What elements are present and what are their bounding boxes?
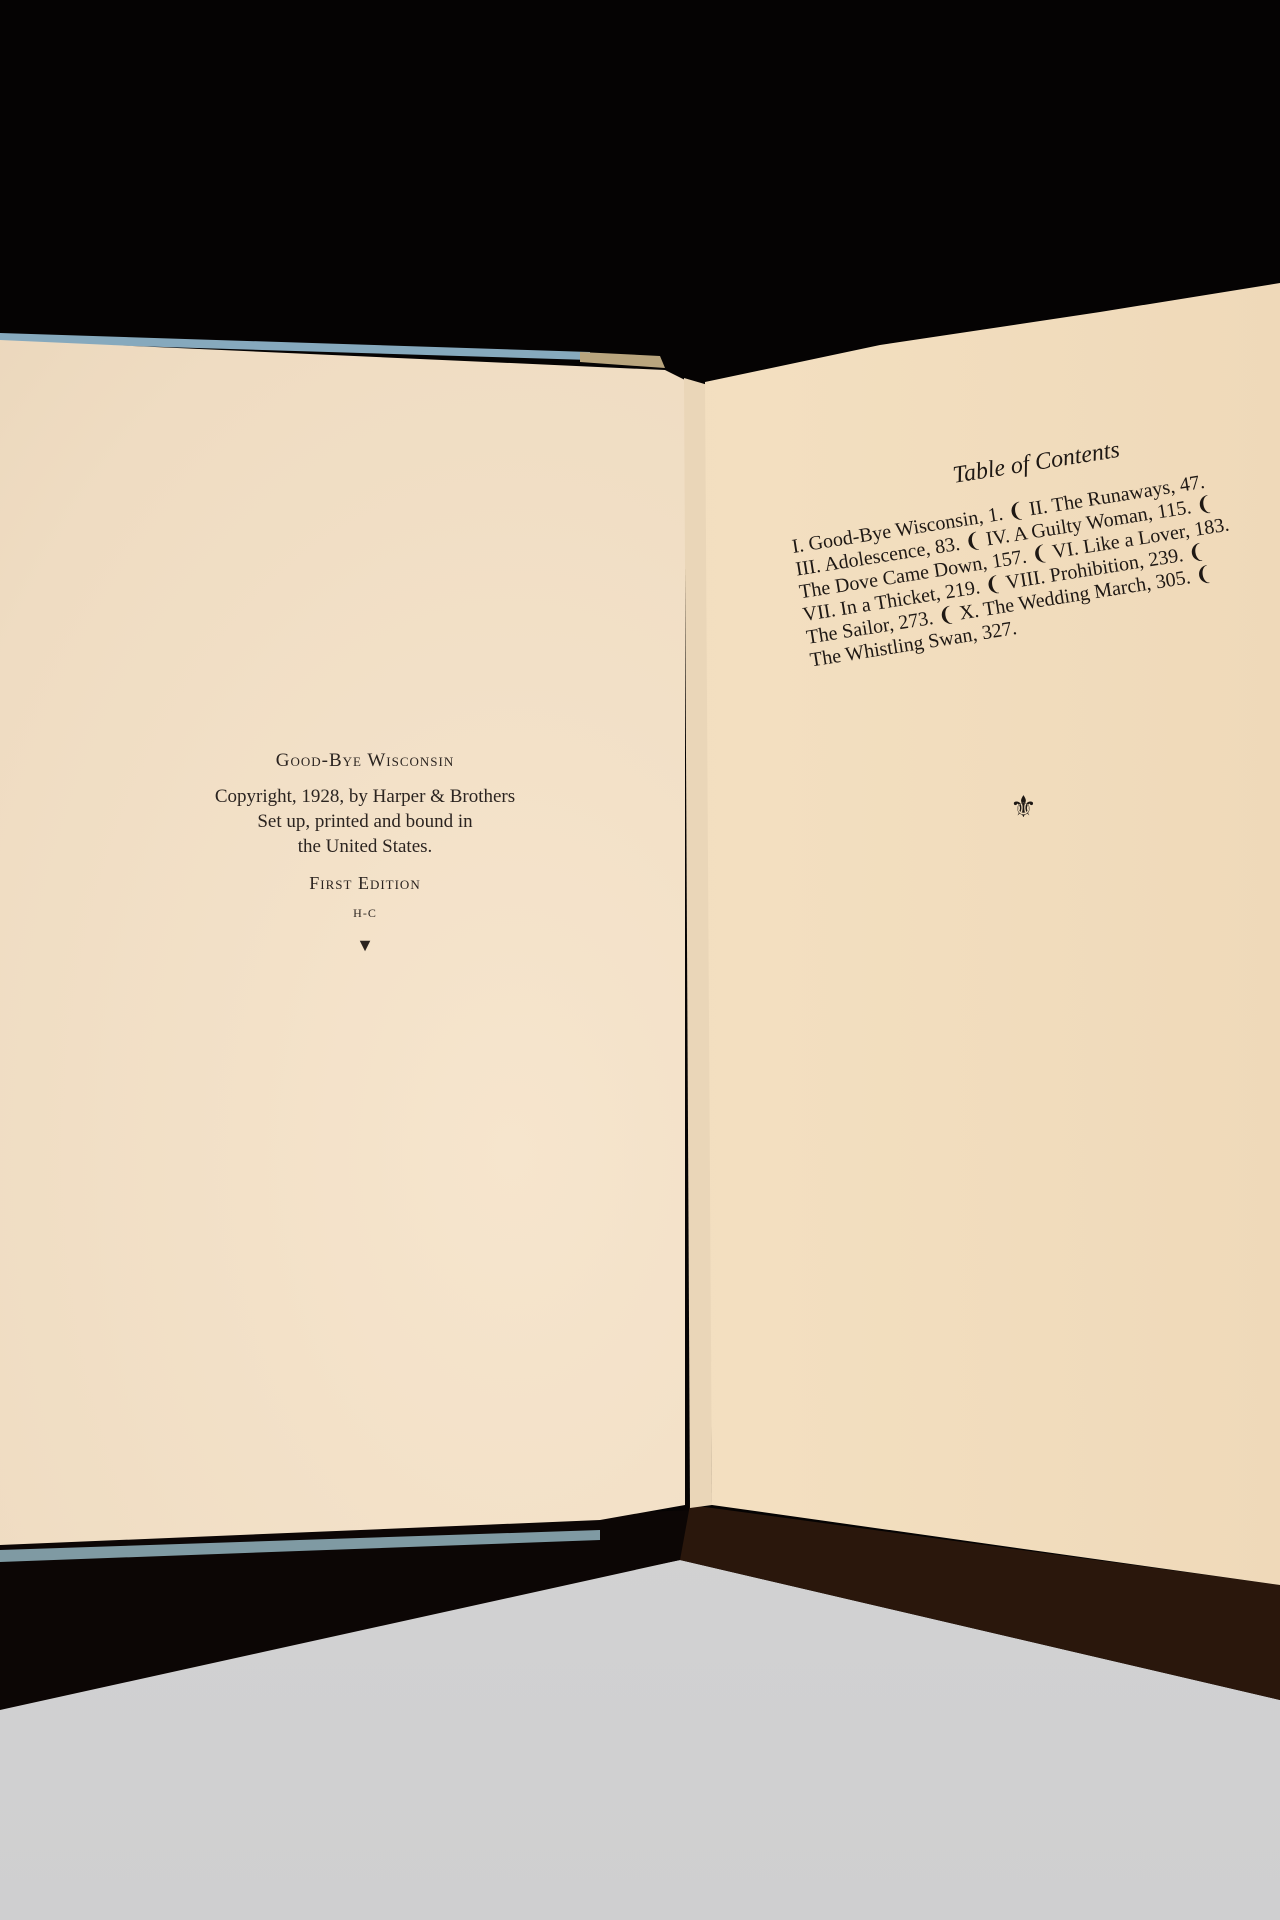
printing-line: Set up, printed and bound in xyxy=(140,809,590,834)
copyright-line: Copyright, 1928, by Harper & Brothers xyxy=(140,784,590,809)
edition-label: First Edition xyxy=(140,873,590,894)
copyright-block: Good-Bye Wisconsin Copyright, 1928, by H… xyxy=(140,750,590,956)
country-line: the United States. xyxy=(140,834,590,859)
triangle-ornament-icon: ▼ xyxy=(140,935,590,956)
book-title: Good-Bye Wisconsin xyxy=(140,750,590,772)
printing-code: H-C xyxy=(140,906,590,921)
fleuron-ornament-icon: ⚜ xyxy=(1010,790,1037,825)
